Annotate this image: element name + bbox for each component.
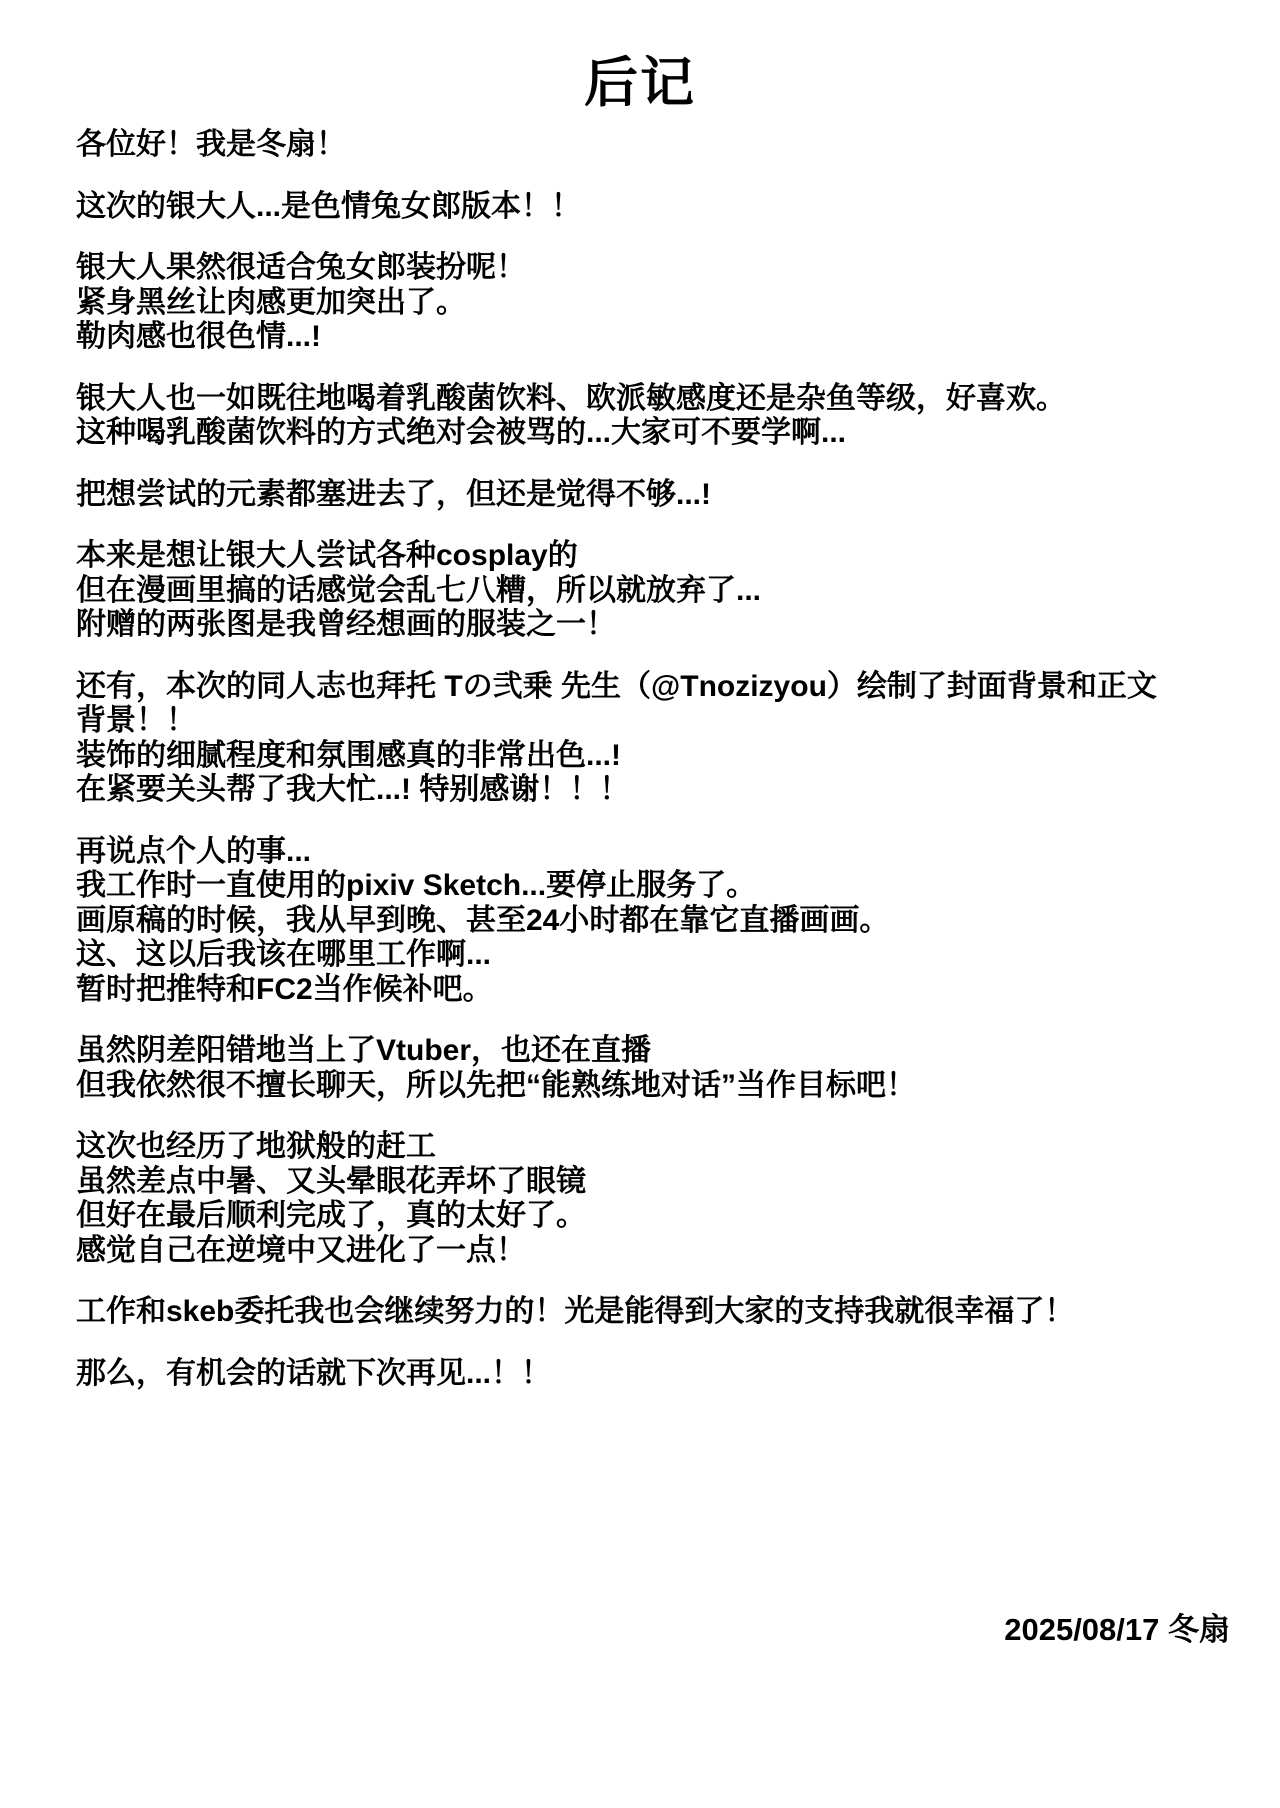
text-line: 这次也经历了地狱般的赶工 <box>76 1130 1220 1165</box>
text-line: 但在漫画里搞的话感觉会乱七八糟，所以就放弃了... <box>76 574 1220 609</box>
text-line: 再说点个人的事... <box>76 835 1220 870</box>
paragraph: 那么，有机会的话就下次再见...！！ <box>76 1357 1220 1392</box>
page-title: 后记 <box>0 0 1280 116</box>
text-line: 附赠的两张图是我曾经想画的服装之一！ <box>76 608 1220 643</box>
paragraph: 银大人也一如既往地喝着乳酸菌饮料、欧派敏感度还是杂鱼等级，好喜欢。这种喝乳酸菌饮… <box>76 382 1220 451</box>
text-line: 银大人也一如既往地喝着乳酸菌饮料、欧派敏感度还是杂鱼等级，好喜欢。 <box>76 382 1220 417</box>
afterword-page: 后记 各位好！我是冬扇！这次的银大人...是色情兔女郎版本！！银大人果然很适合兔… <box>0 0 1280 1808</box>
text-line: 但我依然很不擅长聊天，所以先把“能熟练地对话”当作目标吧！ <box>76 1069 1220 1104</box>
signature-date: 2025/08/17 冬扇 <box>1004 1612 1230 1648</box>
text-line: 紧身黑丝让肉感更加突出了。 <box>76 286 1220 321</box>
text-line: 工作和skeb委托我也会继续努力的！光是能得到大家的支持我就很幸福了！ <box>76 1295 1220 1330</box>
text-line: 这、这以后我该在哪里工作啊... <box>76 938 1220 973</box>
text-line: 这种喝乳酸菌饮料的方式绝对会被骂的...大家可不要学啊... <box>76 416 1220 451</box>
text-line: 虽然阴差阳错地当上了Vtuber，也还在直播 <box>76 1034 1220 1069</box>
paragraph: 这次也经历了地狱般的赶工虽然差点中暑、又头晕眼花弄坏了眼镜但好在最后顺利完成了，… <box>76 1130 1220 1268</box>
text-line: 虽然差点中暑、又头晕眼花弄坏了眼镜 <box>76 1165 1220 1200</box>
paragraph: 本来是想让银大人尝试各种cosplay的但在漫画里搞的话感觉会乱七八糟，所以就放… <box>76 539 1220 643</box>
text-line: 在紧要关头帮了我大忙...! 特别感谢！！！ <box>76 773 1220 808</box>
text-line: 这次的银大人...是色情兔女郎版本！！ <box>76 190 1220 225</box>
afterword-body: 各位好！我是冬扇！这次的银大人...是色情兔女郎版本！！银大人果然很适合兔女郎装… <box>0 116 1280 1391</box>
paragraph: 把想尝试的元素都塞进去了，但还是觉得不够...! <box>76 478 1220 513</box>
text-line: 把想尝试的元素都塞进去了，但还是觉得不够...! <box>76 478 1220 513</box>
paragraph: 各位好！我是冬扇！ <box>76 128 1220 163</box>
text-line: 各位好！我是冬扇！ <box>76 128 1220 163</box>
text-line: 我工作时一直使用的pixiv Sketch...要停止服务了。 <box>76 869 1220 904</box>
paragraph: 再说点个人的事...我工作时一直使用的pixiv Sketch...要停止服务了… <box>76 835 1220 1008</box>
paragraph: 还有，本次的同人志也拜托 Tの弐乗 先生（@Tnozizyou）绘制了封面背景和… <box>76 670 1220 808</box>
text-line: 本来是想让银大人尝试各种cosplay的 <box>76 539 1220 574</box>
text-line: 背景！！ <box>76 704 1220 739</box>
text-line: 那么，有机会的话就下次再见...！！ <box>76 1357 1220 1392</box>
paragraph: 这次的银大人...是色情兔女郎版本！！ <box>76 190 1220 225</box>
text-line: 装饰的细腻程度和氛围感真的非常出色...! <box>76 739 1220 774</box>
paragraph: 银大人果然很适合兔女郎装扮呢！紧身黑丝让肉感更加突出了。勒肉感也很色情...! <box>76 251 1220 355</box>
text-line: 画原稿的时候，我从早到晚、甚至24小时都在靠它直播画画。 <box>76 904 1220 939</box>
text-line: 感觉自己在逆境中又进化了一点！ <box>76 1234 1220 1269</box>
text-line: 但好在最后顺利完成了，真的太好了。 <box>76 1199 1220 1234</box>
text-line: 银大人果然很适合兔女郎装扮呢！ <box>76 251 1220 286</box>
text-line: 还有，本次的同人志也拜托 Tの弐乗 先生（@Tnozizyou）绘制了封面背景和… <box>76 670 1220 705</box>
paragraph: 虽然阴差阳错地当上了Vtuber，也还在直播但我依然很不擅长聊天，所以先把“能熟… <box>76 1034 1220 1103</box>
text-line: 勒肉感也很色情...! <box>76 320 1220 355</box>
text-line: 暂时把推特和FC2当作候补吧。 <box>76 973 1220 1008</box>
paragraph: 工作和skeb委托我也会继续努力的！光是能得到大家的支持我就很幸福了！ <box>76 1295 1220 1330</box>
